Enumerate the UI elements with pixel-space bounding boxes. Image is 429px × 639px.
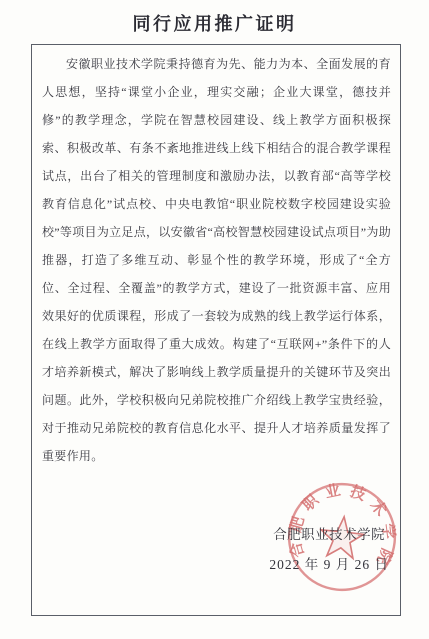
signature-block: 合肥职业技术学院 2022 年 9 月 26 日 (269, 523, 389, 573)
signature-date: 2022 年 9 月 26 日 (269, 553, 389, 573)
certificate-body-paragraph: 安徽职业技术学院秉持德育为先、能力为本、全面发展的育人思想，坚持“课堂小企业，理… (42, 50, 391, 470)
certificate-page: 同行应用推广证明 安徽职业技术学院秉持德育为先、能力为本、全面发展的育人思想，坚… (0, 0, 429, 639)
document-title: 同行应用推广证明 (0, 10, 429, 36)
signature-organization: 合肥职业技术学院 (269, 523, 389, 543)
